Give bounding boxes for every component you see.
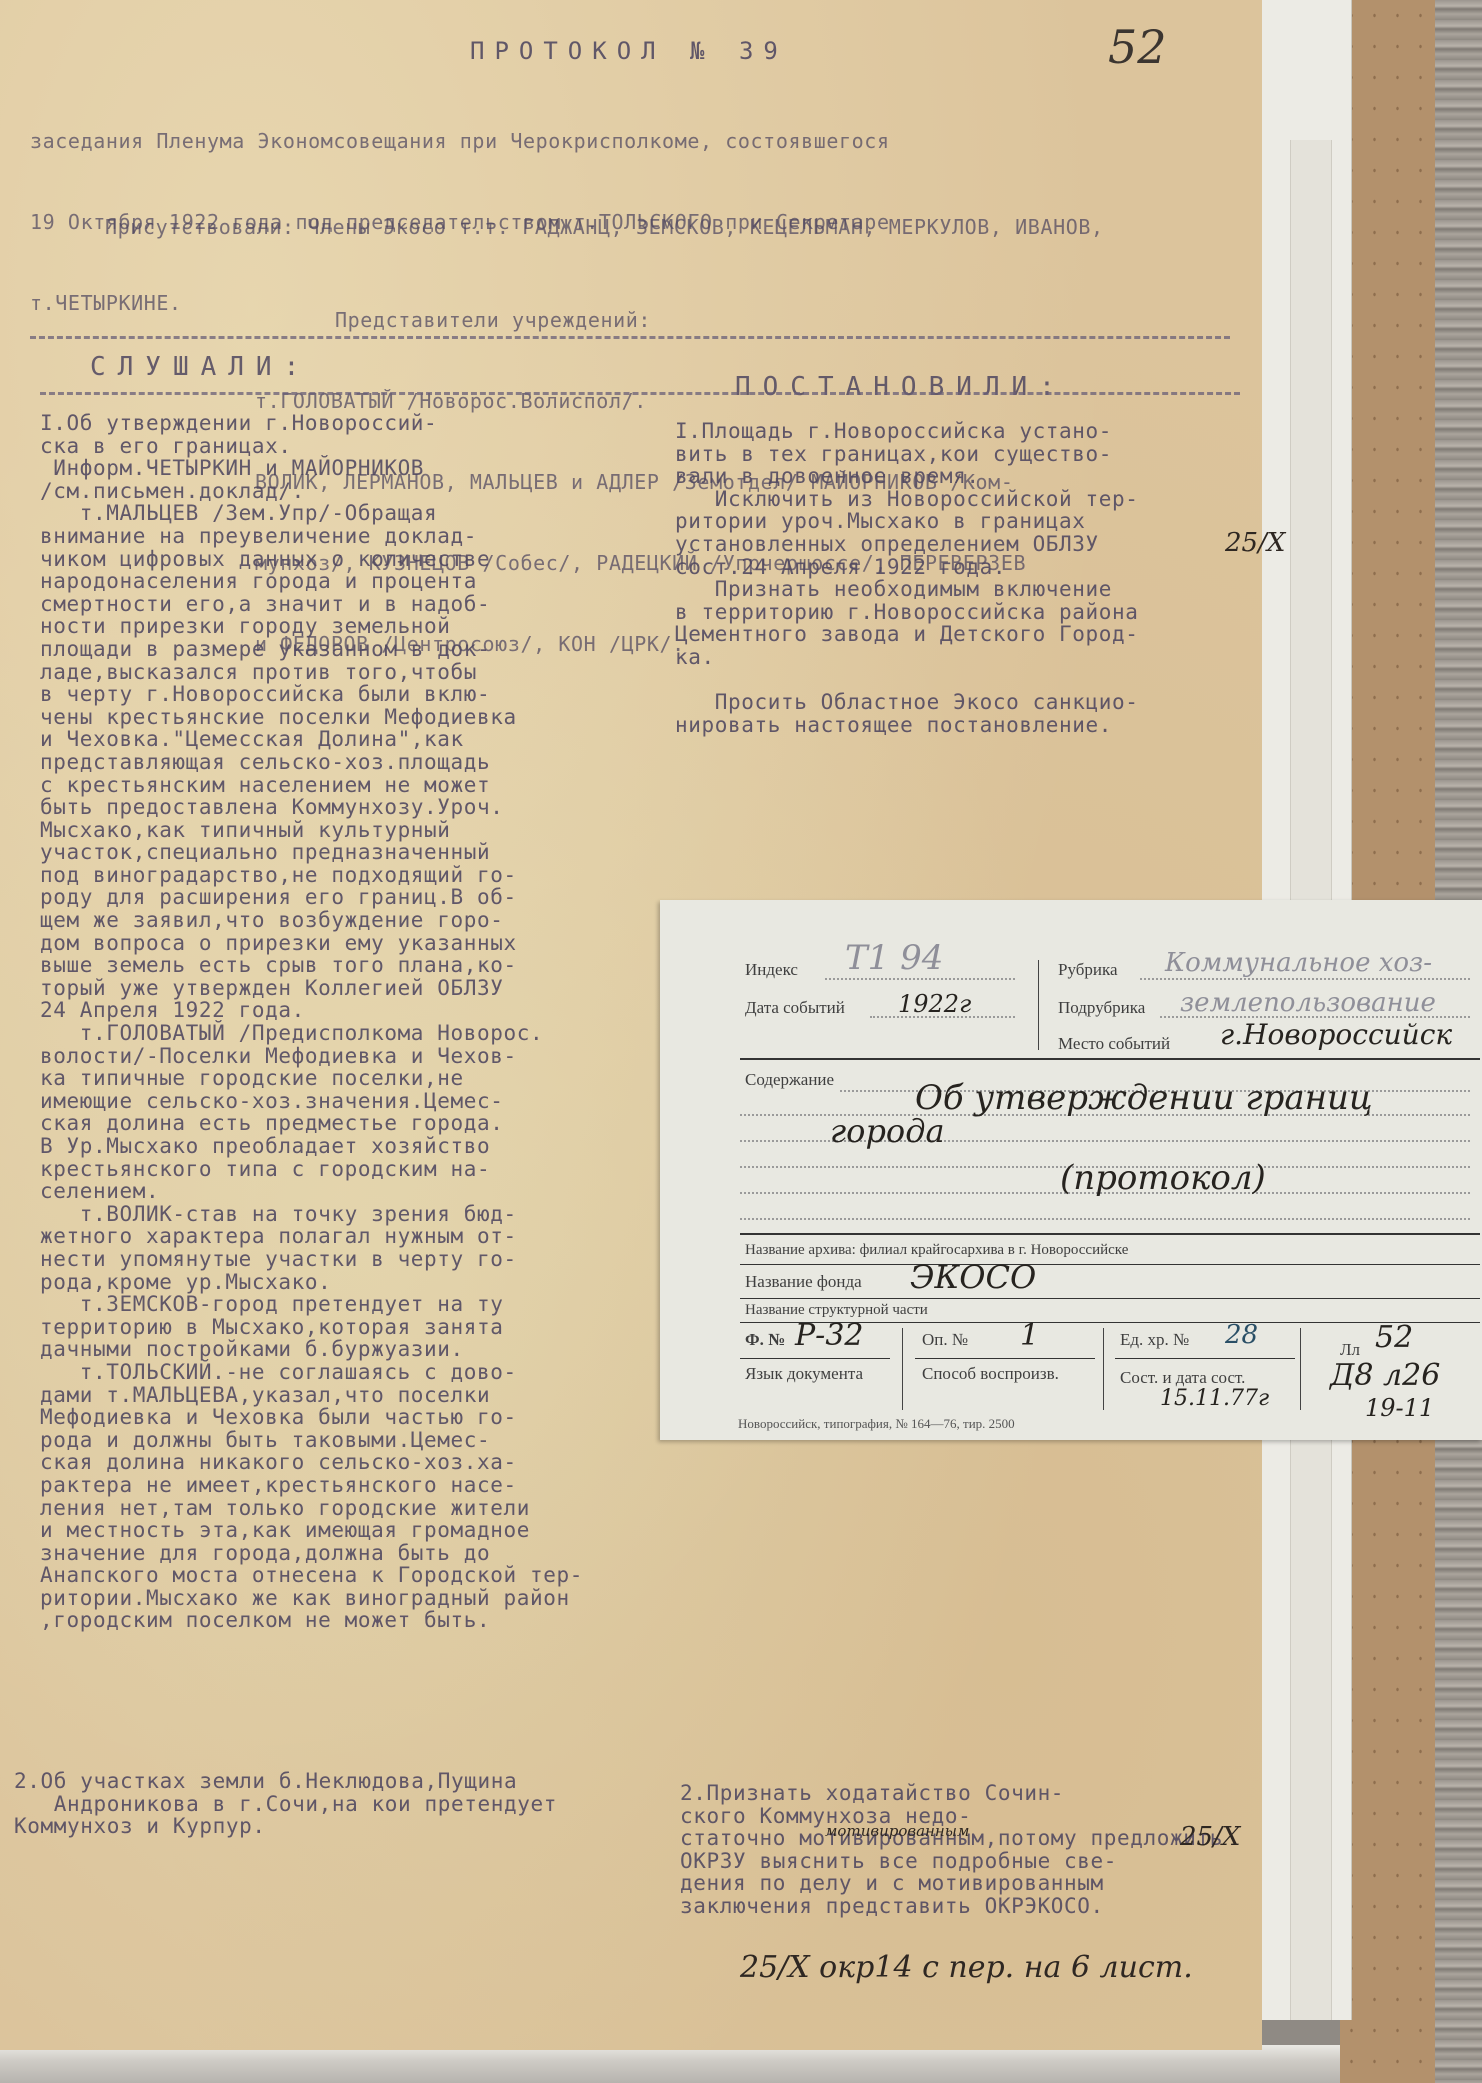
typed-line: вали в довоенное время.: [675, 465, 1139, 488]
extra-note: Д8 л26: [1330, 1358, 1440, 1393]
folio-number: 52: [1108, 20, 1167, 74]
dashed-rule: [30, 336, 1230, 339]
struct-label: Название структурной части: [745, 1302, 928, 1319]
typed-line: рактера не имеет,крестьянского насе-: [40, 1474, 583, 1497]
archive-index-card: Индекс Т1 94 Дата событий 1922г Рубрика …: [660, 900, 1482, 1440]
rubric-label: Рубрика: [1058, 960, 1118, 980]
typed-line: 2.Об участках земли б.Неклюдова,Пущина: [14, 1770, 557, 1793]
typed-line: имеющие сельско-хоз.значения.Цемес-: [40, 1090, 583, 1113]
fond-number-label: Ф. №: [745, 1330, 785, 1350]
typed-line: представляющая сельско-хоз.площадь: [40, 751, 583, 774]
dotted-line: [825, 978, 1015, 980]
typed-line: В Ур.Мысхако преобладает хозяйство: [40, 1135, 583, 1158]
content-line: Об утверждении границ: [915, 1078, 1373, 1118]
rule: [740, 1058, 1480, 1060]
subrubric-label: Подрубрика: [1058, 998, 1145, 1018]
members-list: ГАДЖАНЦ, ЗЕМСКОВ, КЕЦЕЛЬМАН, МЕРКУЛОВ, И…: [522, 215, 1104, 239]
heard-item-2: 2.Об участках земли б.Неклюдова,Пущина А…: [14, 1770, 557, 1838]
typed-line: крестьянского типа с городским на-: [40, 1158, 583, 1181]
content-line: города: [830, 1112, 945, 1150]
typed-line: т.ГОЛОВАТЫЙ /Предисполкома Новорос.: [40, 1022, 583, 1045]
typed-line: т.ТОЛЬСКИЙ.-не соглашаясь с дово-: [40, 1361, 583, 1384]
language-label: Язык документа: [745, 1364, 863, 1384]
typed-line: 2.Признать ходатайство Сочин-: [680, 1782, 1223, 1805]
typed-line: рода,кроме ур.Мысхако.: [40, 1271, 583, 1294]
typed-line: роду для расширения его границ.В об-: [40, 886, 583, 909]
handwritten-mark: 25/X: [1225, 528, 1285, 558]
typed-line: нировать настоящее постановление.: [675, 714, 1139, 737]
archive-name: Название архива: филиал крайгосархива в …: [745, 1242, 1128, 1259]
divider: [1103, 1328, 1104, 1410]
typed-line: участок,специально предназначенный: [40, 841, 583, 864]
typed-line: ритории уроч.Мысхако в границах: [675, 510, 1139, 533]
typed-line: ления нет,там только городские жители: [40, 1497, 583, 1520]
resolved-heading: ПОСТАНОВИЛИ:: [735, 372, 1067, 402]
date-label: Дата событий: [745, 998, 845, 1018]
typed-line: ка.: [675, 646, 1139, 669]
typed-line: ,городским поселком не может быть.: [40, 1609, 583, 1632]
typed-line: дения по делу и с мотивированным: [680, 1872, 1223, 1895]
reproduction-label: Способ воспроизв.: [922, 1364, 1059, 1384]
typed-line: Информ.ЧЕТЫРКИН и МАЙОРНИКОВ: [40, 457, 583, 480]
interlinear-correction: мотивированным: [825, 1822, 969, 1840]
resolved-item-1: I.Площадь г.Новороссийска устано-вить в …: [675, 420, 1139, 736]
rule: [740, 1233, 1480, 1235]
typed-line: народонаселения города и процента: [40, 570, 583, 593]
handwritten-mark: 25/X: [1180, 1822, 1240, 1852]
typed-line: внимание на преувеличение доклад-: [40, 525, 583, 548]
typed-line: ская долина никакого сельско-хоз.ха-: [40, 1451, 583, 1474]
place-label: Место событий: [1058, 1034, 1170, 1054]
rule: [915, 1358, 1095, 1359]
sheets-label: Лл: [1340, 1340, 1360, 1360]
reps-label: Представители учреждений:: [105, 307, 1104, 334]
date-value: 1922г: [898, 990, 971, 1018]
members-label: Присутствовали: Члены Экосо т.т.: [105, 215, 510, 239]
fond-name-value: ЭКОСО: [910, 1258, 1036, 1296]
typed-line: и местность эта,как имеющая громадное: [40, 1519, 583, 1542]
place-value: г.Новороссийск: [1220, 1018, 1452, 1051]
printer-line: Новороссийск, типография, № 164—76, тир.…: [738, 1416, 1015, 1432]
typed-line: чиком цифровых данных о количестве: [40, 548, 583, 571]
resolved-item-2: 2.Признать ходатайство Сочин-ского Комму…: [680, 1782, 1223, 1918]
typed-line: выше земель есть срыв того плана,ко-: [40, 954, 583, 977]
storage-unit-value: 28: [1225, 1320, 1258, 1350]
typed-line: дачными постройками б.буржуазии.: [40, 1338, 583, 1361]
typed-line: торый уже утвержден Коллегией ОБЛЗУ: [40, 977, 583, 1000]
typed-line: дом вопроса о прирезки ему указанных: [40, 932, 583, 955]
typed-line: ская долина есть предместье города.: [40, 1112, 583, 1135]
rule: [740, 1298, 1480, 1299]
typed-line: с крестьянским населением не может: [40, 774, 583, 797]
typed-line: под виноградарство,не подходящий го-: [40, 864, 583, 887]
typed-line: жетного характера полагал нужным от-: [40, 1225, 583, 1248]
index-label: Индекс: [745, 960, 798, 980]
typed-line: вить в тех границах,кои существо-: [675, 443, 1139, 466]
rubric-value: Коммунальное хоз-: [1165, 948, 1432, 978]
typed-line: Анапского моста отнесена к Городской тер…: [40, 1564, 583, 1587]
typed-line: Просить Областное Экосо санкцио-: [675, 691, 1139, 714]
dotted-line: [740, 1218, 1470, 1220]
typed-line: Исключить из Новороссийской тер-: [675, 488, 1139, 511]
protocol-title: ПРОТОКОЛ № 39: [470, 40, 788, 63]
inventory-label: Оп. №: [922, 1330, 968, 1350]
typed-line: т.МАЛЬЦЕВ /Зем.Упр/-Обращая: [40, 502, 583, 525]
typed-line: I.Площадь г.Новороссийска устано-: [675, 420, 1139, 443]
typed-line: т.ВОЛИК-став на точку зрения бюд-: [40, 1203, 583, 1226]
storage-unit-label: Ед. хр. №: [1120, 1330, 1189, 1350]
typed-line: Мысхако,как типичный культурный: [40, 819, 583, 842]
typed-line: быть предоставлена Коммунхозу.Уроч.: [40, 796, 583, 819]
inventory-value: 1: [1020, 1318, 1039, 1353]
typed-line: сост.24 Апреля 1922 года.: [675, 556, 1139, 579]
typed-line: Признать необходимым включение: [675, 578, 1139, 601]
typed-line: ка типичные городские поселки,не: [40, 1067, 583, 1090]
typed-line: ритории.Мысхако же как виноградный район: [40, 1587, 583, 1610]
subrubric-value: землепользование: [1180, 988, 1436, 1018]
typed-line: чены крестьянские поселки Мефодиевка: [40, 706, 583, 729]
content-label: Содержание: [745, 1070, 834, 1090]
divider: [902, 1328, 903, 1410]
dashed-rule: [40, 392, 1240, 395]
typed-line: заключения представить ОКРЭКОСО.: [680, 1895, 1223, 1918]
typed-line: рода и должны быть таковыми.Цемес-: [40, 1429, 583, 1452]
compiler-label: Сост. и дата сост.: [1120, 1368, 1245, 1388]
divider: [1300, 1328, 1301, 1410]
index-value: Т1 94: [845, 938, 943, 978]
typed-line: /см.письмен.доклад/.: [40, 480, 583, 503]
typed-line: I.Об утверждении г.Новороссий-: [40, 412, 583, 435]
typed-line: Коммунхоз и Курпур.: [14, 1815, 557, 1838]
heard-heading: СЛУШАЛИ:: [90, 352, 311, 382]
typed-line: смертности его,а значит и в надоб-: [40, 593, 583, 616]
typed-line: дами т.МАЛЬЦЕВА,указал,что поселки: [40, 1384, 583, 1407]
typed-line: Цементного завода и Детского Город-: [675, 623, 1139, 646]
rule: [740, 1264, 1480, 1265]
typed-line: [675, 669, 1139, 692]
bottom-paper-edges: [0, 2045, 1340, 2083]
fond-name-label: Название фонда: [745, 1272, 862, 1292]
typed-line: Мефодиевка и Чеховка были частью го-: [40, 1406, 583, 1429]
typed-line: в территорию г.Новороссийска района: [675, 601, 1139, 624]
fond-number-value: Р-32: [795, 1318, 864, 1353]
typed-line: территорию в Мысхако,которая занята: [40, 1316, 583, 1339]
heard-item-1: I.Об утверждении г.Новороссий-ска в его …: [40, 412, 583, 1632]
typed-line: нести упомянутые участки в черту го-: [40, 1248, 583, 1271]
typed-line: щем же заявил,что возбуждение горо-: [40, 909, 583, 932]
typed-line: площади в размере указанном в док-: [40, 638, 583, 661]
dotted-line: [1140, 978, 1470, 980]
typed-line: ОКРЗУ выяснить все подробные све-: [680, 1850, 1223, 1873]
typed-line: в черту г.Новороссийска были вклю-: [40, 683, 583, 706]
rule: [1115, 1358, 1295, 1359]
typed-line: ладе,высказался против того,чтобы: [40, 661, 583, 684]
typed-line: установленных определением ОБЛЗУ: [675, 533, 1139, 556]
handwritten-footer-note: 25/X окр14 с пер. на 6 лист.: [740, 1950, 1193, 1985]
extra-note: 19-11: [1365, 1394, 1434, 1422]
typed-line: т.ЗЕМСКОВ-город претендует на ту: [40, 1293, 583, 1316]
sheets-value: 52: [1375, 1320, 1413, 1355]
typed-line: и Чеховка."Цемесская Долина",как: [40, 728, 583, 751]
typed-line: ности прирезки городу земельной: [40, 615, 583, 638]
rule: [740, 1358, 890, 1359]
typed-line: ска в его границах.: [40, 435, 583, 458]
typed-line: 24 Апреля 1922 года.: [40, 999, 583, 1022]
content-line: (протокол): [1060, 1158, 1266, 1198]
typed-line: Андроникова в г.Сочи,на кои претендует: [14, 1793, 557, 1816]
typed-line: значение для города,должна быть до: [40, 1542, 583, 1565]
typed-line: волости/-Поселки Мефодиевка и Чехов-: [40, 1045, 583, 1068]
divider: [1038, 960, 1039, 1050]
typed-line: селением.: [40, 1180, 583, 1203]
header-line: заседания Пленума Экономсовещания при Че…: [30, 128, 890, 155]
compiler-date: 15.11.77г: [1160, 1386, 1269, 1411]
